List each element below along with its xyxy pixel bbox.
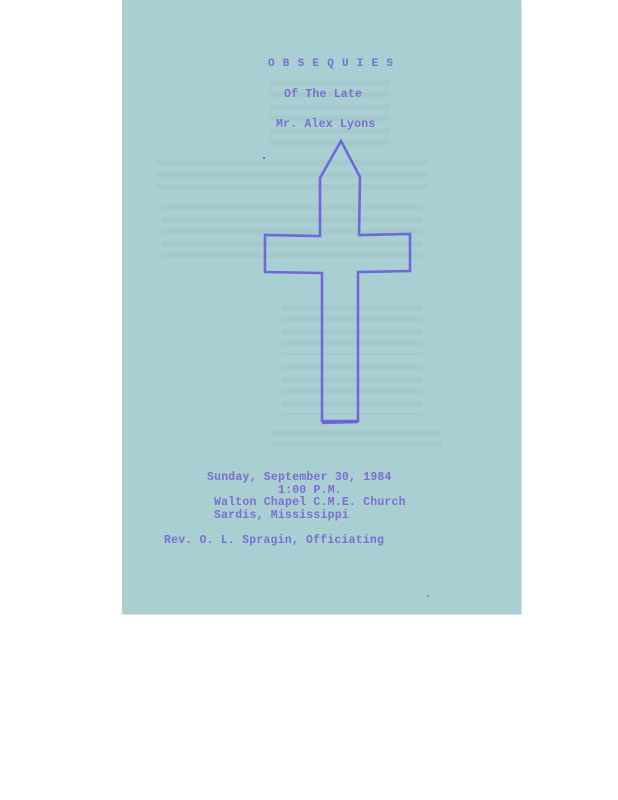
service-location: Sardis, Mississippi — [214, 509, 349, 522]
paper-speck — [427, 595, 429, 597]
scanned-document: OBSEQUIES Of The Late Mr. Alex Lyons Sun… — [0, 0, 618, 800]
service-venue: Walton Chapel C.M.E. Church — [214, 496, 406, 509]
officiant: Rev. O. L. Spragin, Officiating — [164, 534, 384, 547]
paper-speck — [263, 157, 265, 159]
service-date: Sunday, September 30, 1984 — [207, 471, 392, 484]
hand-drawn-cross-icon — [0, 0, 618, 800]
